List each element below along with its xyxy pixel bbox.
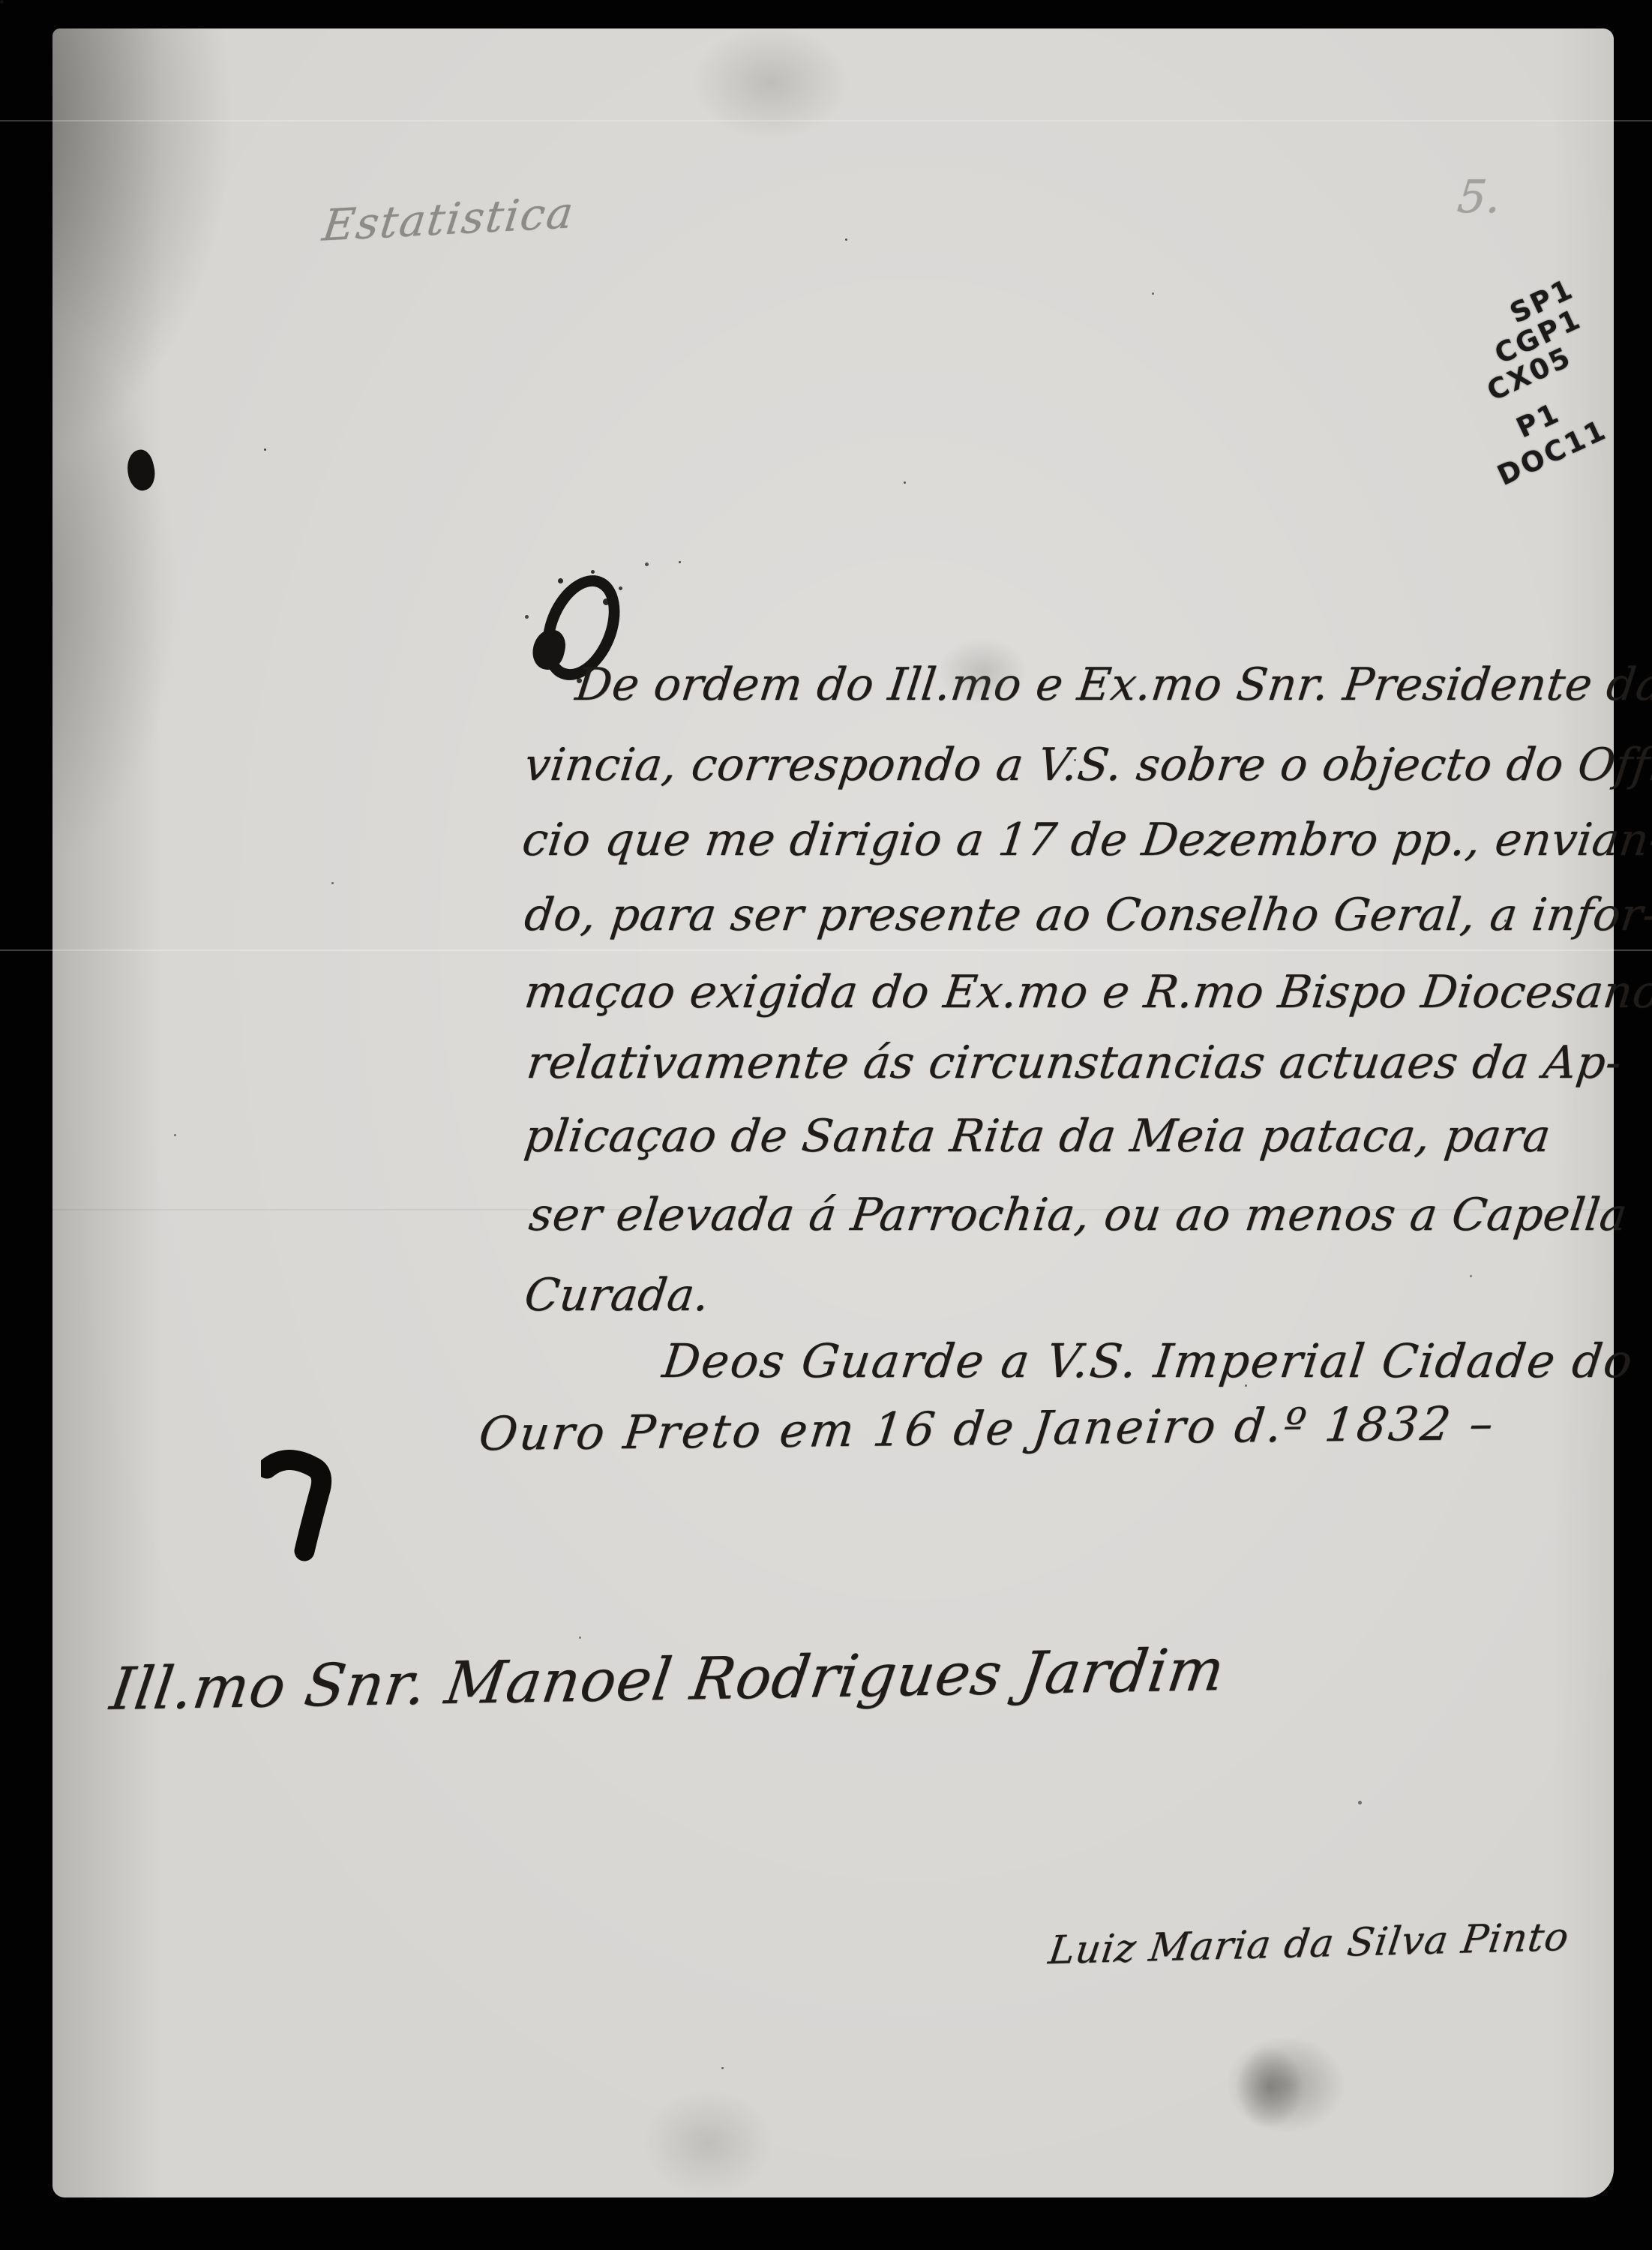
dust-speckles (0, 0, 2, 2)
body-line: do, para ser presente ao Conselho Geral,… (522, 889, 1652, 941)
body-line: ser elevada á Parrochia, ou ao menos a C… (526, 1189, 1630, 1241)
signature: Luiz Maria da Silva Pinto (1046, 1915, 1572, 1973)
scan-background: Estatistica 5. SP1 CGP1 CX05 P1 DOC11 De… (0, 0, 1652, 2250)
page-content: Estatistica 5. SP1 CGP1 CX05 P1 DOC11 De… (0, 0, 1652, 2250)
recipient-address: Ill.mo Snr. Manoel Rodrigues Jardim (106, 1636, 1229, 1723)
closing-line: Deos Guarde a V.S. Imperial Cidade do (660, 1333, 1637, 1388)
dateline: Ouro Preto em 16 de Janeiro d.º 1832 – (476, 1396, 1498, 1461)
body-line: cio que me dirigio a 17 de Dezembro pp.,… (520, 814, 1652, 866)
body-line: maçao exigida do Ex.mo e R.mo Bispo Dioc… (522, 966, 1652, 1018)
pencil-page-number: 5. (1455, 171, 1504, 223)
body-line: relativamente ás circunstancias actuaes … (524, 1036, 1625, 1089)
body-line: vincia, correspondo a V.S. sobre o objec… (522, 739, 1652, 791)
body-line: plicaçao de Santa Rita da Meia pataca, p… (522, 1110, 1554, 1162)
smudge-stain (937, 637, 1027, 705)
ink-mark-seven (261, 1446, 343, 1564)
pencil-annotation-subject: Estatistica (319, 187, 577, 250)
smudge-stain (1236, 2046, 1303, 2128)
ink-blot-left-edge (123, 447, 159, 493)
body-line: De ordem do Ill.mo e Ex.mo Snr. Presiden… (573, 658, 1652, 711)
body-line: Curada. (522, 1269, 712, 1321)
